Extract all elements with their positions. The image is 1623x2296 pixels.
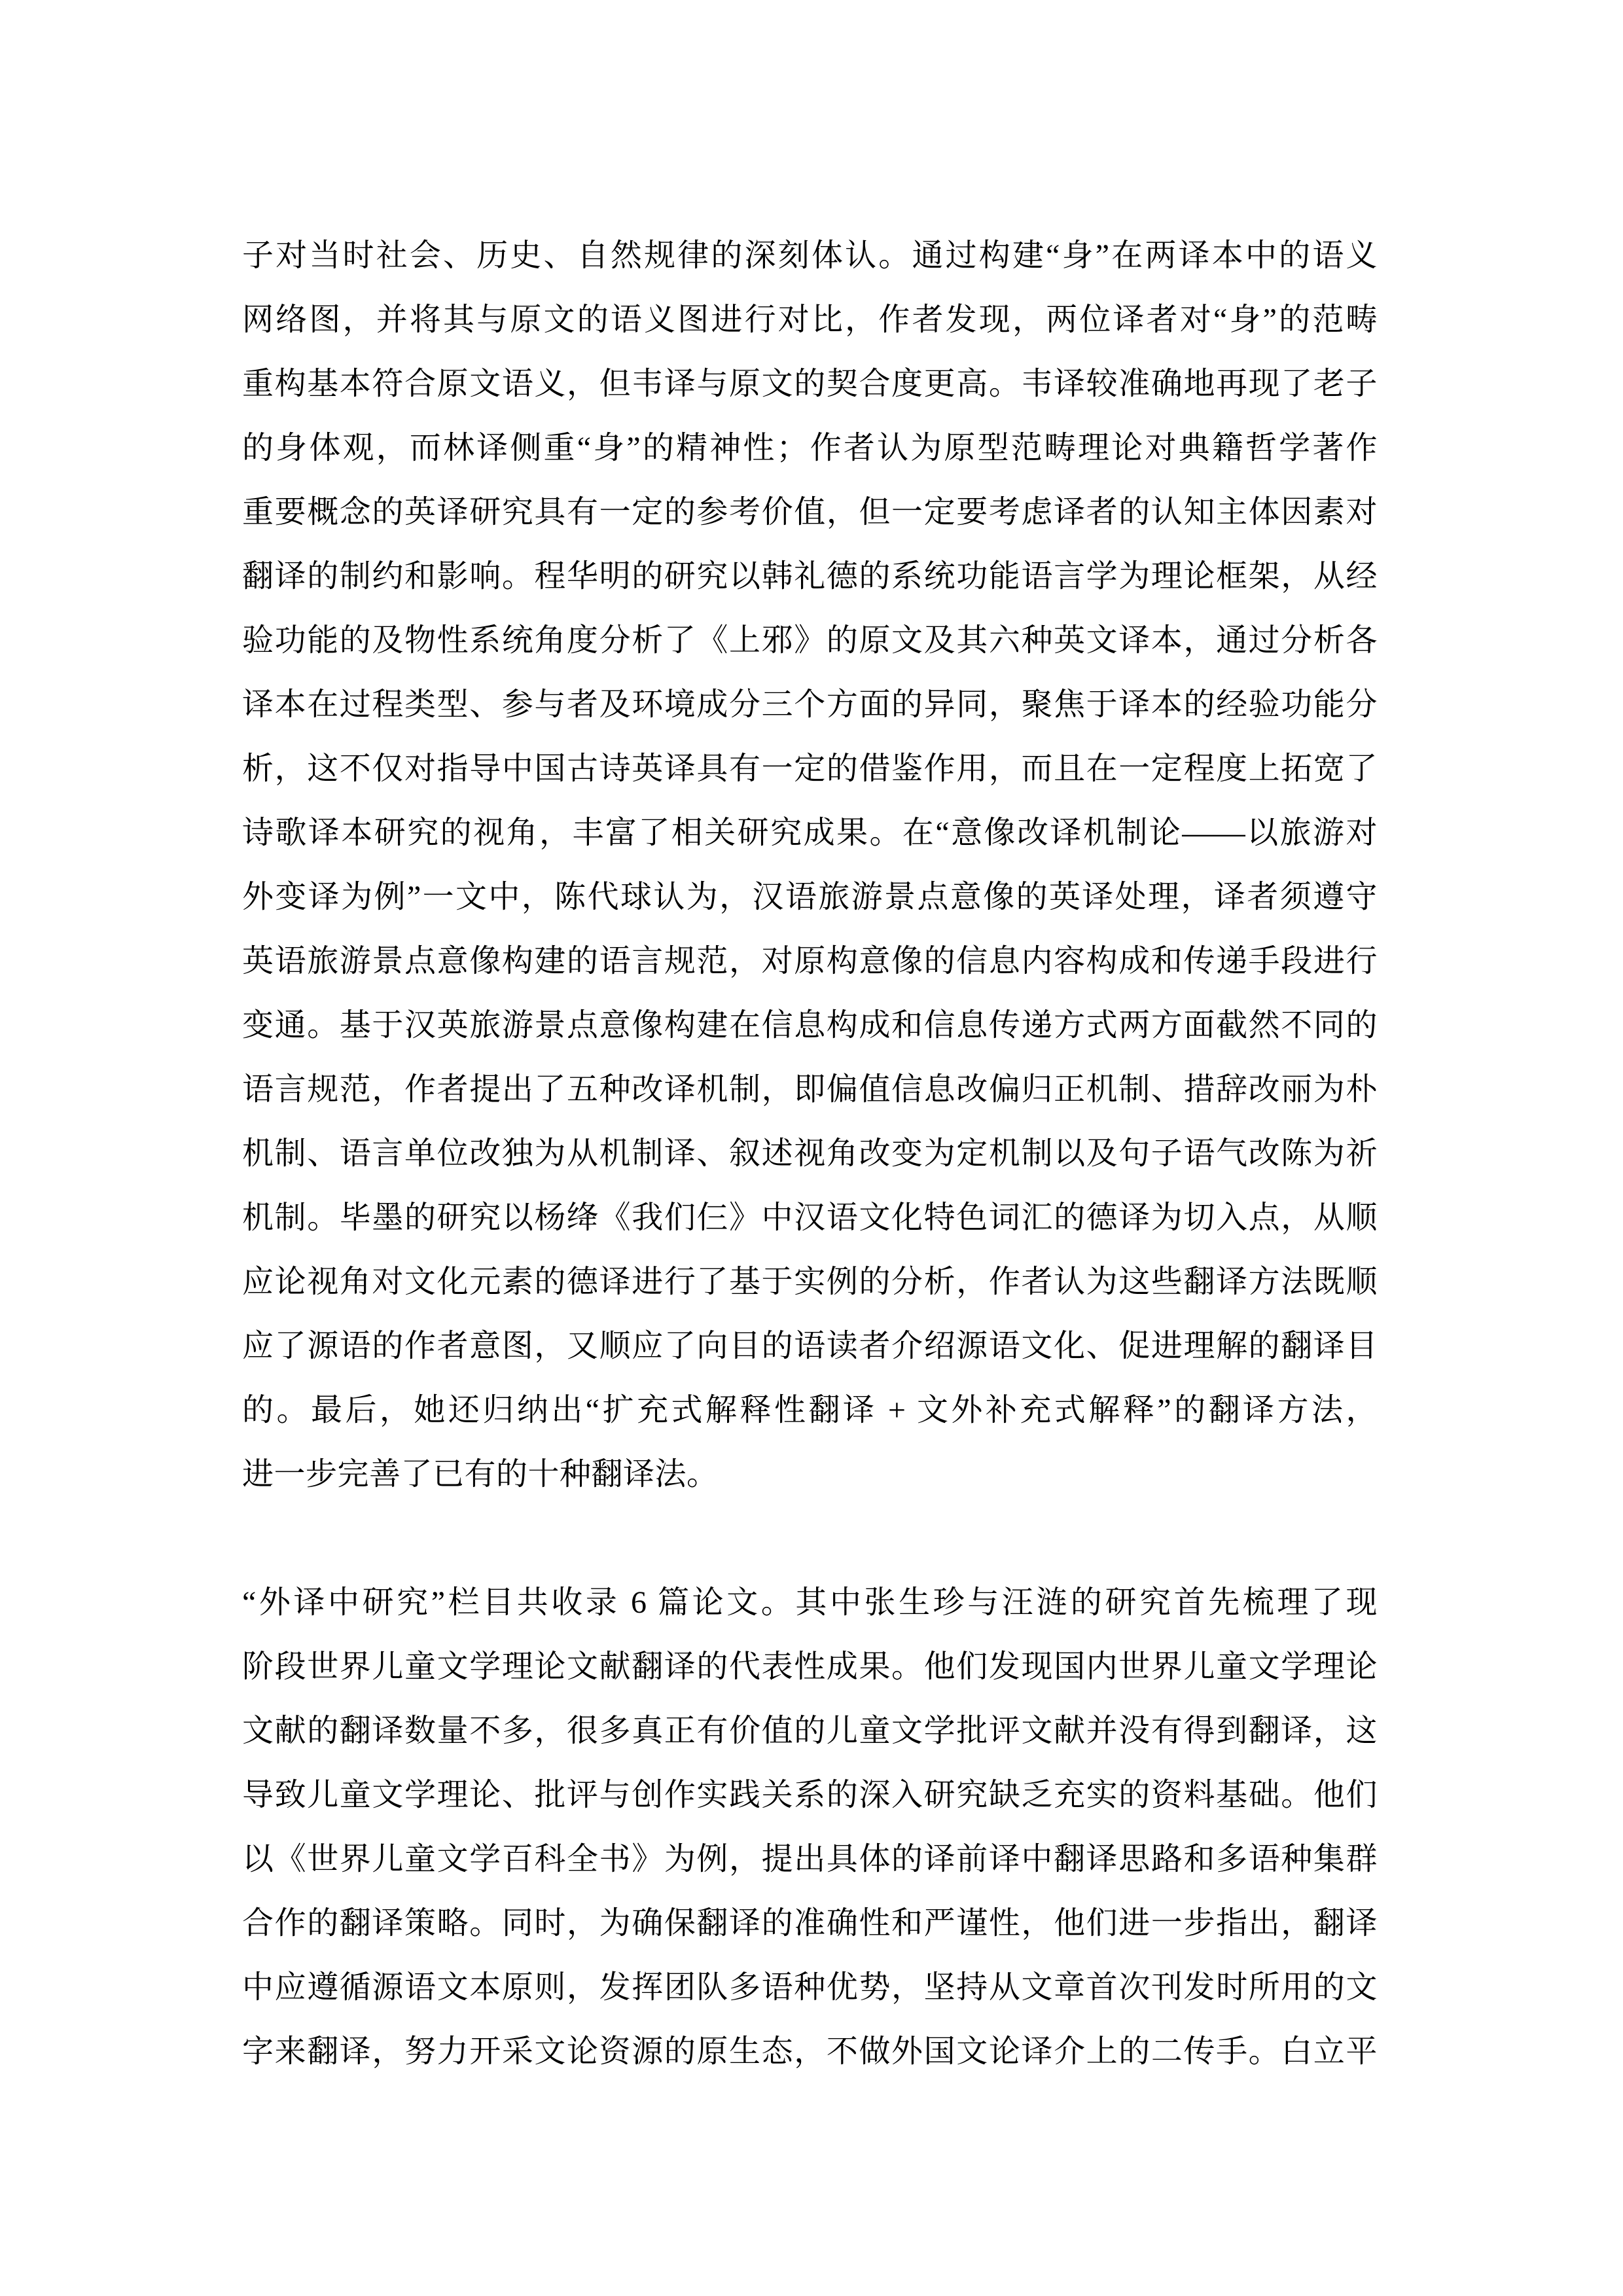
text-line: 应论视角对文化元素的德译进行了基于实例的分析，作者认为这些翻译方法既顺 (242, 1250, 1378, 1314)
text-line: 译本在过程类型、参与者及环境成分三个方面的异同，聚焦于译本的经验功能分 (242, 673, 1378, 737)
text-line: 以《世界儿童文学百科全书》为例，提出具体的译前译中翻译思路和多语种集群 (242, 1827, 1378, 1892)
text-line: 的身体观，而林译侧重“身”的精神性；作者认为原型范畴理论对典籍哲学著作 (242, 416, 1378, 480)
text-line: 合作的翻译策略。同时，为确保翻译的准确性和严谨性，他们进一步指出，翻译 (242, 1892, 1378, 1956)
text-line: 英语旅游景点意像构建的语言规范，对原构意像的信息内容构成和传递手段进行 (242, 929, 1378, 994)
text-line: 文献的翻译数量不多，很多真正有价值的儿童文学批评文献并没有得到翻译，这 (242, 1699, 1378, 1763)
text-line: “外译中研究”栏目共收录 6 篇论文。其中张生珍与汪涟的研究首先梳理了现 (242, 1571, 1378, 1635)
text-line: 的。最后，她还归纳出“扩充式解释性翻译 + 文外补充式解释”的翻译方法， (242, 1378, 1378, 1443)
text-line: 诗歌译本研究的视角，丰富了相关研究成果。在“意像改译机制论——以旅游对 (242, 801, 1378, 865)
text-line: 析，这不仅对指导中国古诗英译具有一定的借鉴作用，而且在一定程度上拓宽了 (242, 737, 1378, 801)
text-line: 重要概念的英译研究具有一定的参考价值，但一定要考虑译者的认知主体因素对 (242, 480, 1378, 545)
text-line: 外变译为例”一文中，陈代球认为，汉语旅游景点意像的英译处理，译者须遵守 (242, 865, 1378, 929)
text-line: 中应遵循源语文本原则，发挥团队多语种优势，坚持从文章首次刊发时所用的文 (242, 1956, 1378, 2020)
text-line: 字来翻译，努力开采文论资源的原生态，不做外国文论译介上的二传手。白立平 (242, 2020, 1378, 2084)
text-line: 应了源语的作者意图，又顺应了向目的语读者介绍源语文化、促进理解的翻译目 (242, 1314, 1378, 1378)
text-line: 子对当时社会、历史、自然规律的深刻体认。通过构建“身”在两译本中的语义 (242, 224, 1378, 288)
text-line: 验功能的及物性系统角度分析了《上邪》的原文及其六种英文译本，通过分析各 (242, 609, 1378, 673)
text-line: 进一步完善了已有的十种翻译法。 (242, 1443, 1378, 1507)
text-line: 变通。基于汉英旅游景点意像构建在信息构成和信息传递方式两方面截然不同的 (242, 994, 1378, 1058)
text-line: 机制。毕墨的研究以杨绛《我们仨》中汉语文化特色词汇的德译为切入点，从顺 (242, 1186, 1378, 1250)
text-line: 语言规范，作者提出了五种改译机制，即偏值信息改偏归正机制、措辞改丽为朴 (242, 1058, 1378, 1122)
text-line: 导致儿童文学理论、批评与创作实践关系的深入研究缺乏充实的资料基础。他们 (242, 1763, 1378, 1827)
paragraph-2: “外译中研究”栏目共收录 6 篇论文。其中张生珍与汪涟的研究首先梳理了现 阶段世… (242, 1571, 1378, 2084)
text-block: 子对当时社会、历史、自然规律的深刻体认。通过构建“身”在两译本中的语义 网络图，… (242, 224, 1378, 2084)
document-page: 子对当时社会、历史、自然规律的深刻体认。通过构建“身”在两译本中的语义 网络图，… (0, 0, 1623, 2296)
text-line: 网络图，并将其与原文的语义图进行对比，作者发现，两位译者对“身”的范畴 (242, 288, 1378, 352)
text-line: 机制、语言单位改独为从机制译、叙述视角改变为定机制以及句子语气改陈为祈 (242, 1122, 1378, 1186)
paragraph-1: 子对当时社会、历史、自然规律的深刻体认。通过构建“身”在两译本中的语义 网络图，… (242, 224, 1378, 1507)
text-line: 翻译的制约和影响。程华明的研究以韩礼德的系统功能语言学为理论框架，从经 (242, 545, 1378, 609)
text-line: 重构基本符合原文语义，但韦译与原文的契合度更高。韦译较准确地再现了老子 (242, 352, 1378, 416)
text-line: 阶段世界儿童文学理论文献翻译的代表性成果。他们发现国内世界儿童文学理论 (242, 1635, 1378, 1699)
